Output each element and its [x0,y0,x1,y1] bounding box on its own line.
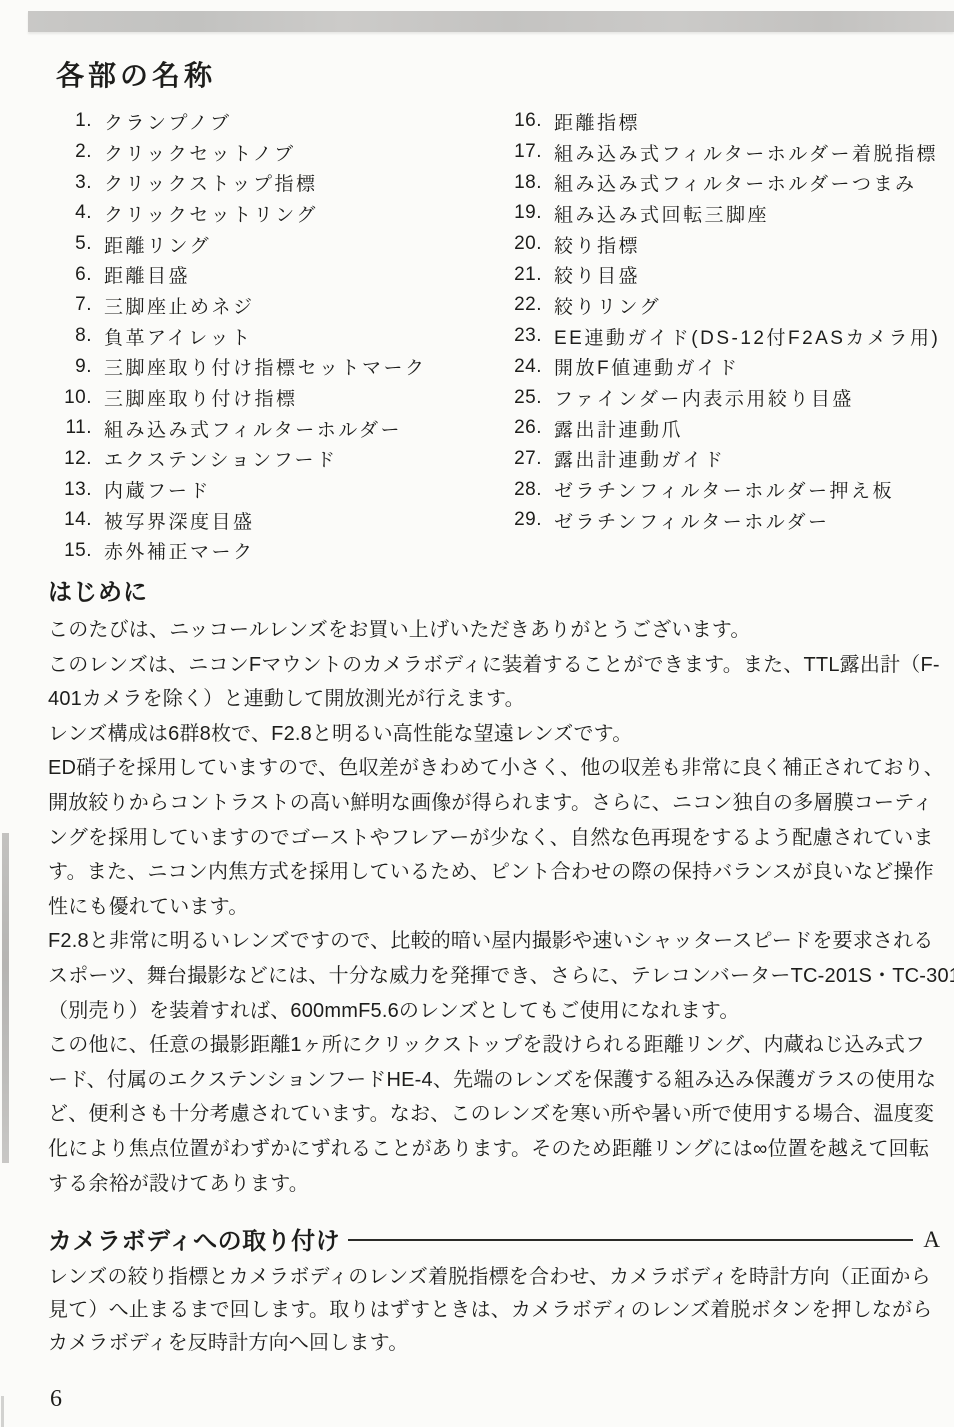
part-item-number: 2. [58,141,92,163]
part-item-number: 13. [58,479,92,501]
part-list-item: 11. 組み込み式フィルターホルダー [58,413,498,444]
part-item-label: クランプノブ [104,108,231,135]
part-list-item: 18. 組み込み式フィルターホルダーつまみ [508,167,948,198]
part-item-label: 開放F値連動ガイド [554,353,740,380]
part-list-item: 26. 露出計連動爪 [508,413,948,444]
body-text-line: この他に、任意の撮影距離1ヶ所にクリックストップを設けられる距離リング、内蔵ねじ… [48,1028,950,1063]
part-item-number: 26. [508,417,542,439]
body-text-line: このレンズは、ニコンFマウントのカメラボディに装着することができます。また、TT… [48,648,950,683]
part-item-label: 距離リング [104,231,211,258]
part-item-number: 9. [58,356,92,378]
part-item-number: 17. [508,141,542,163]
part-item-label: 組み込み式フィルターホルダー [104,415,402,442]
part-item-label: 三脚座止めネジ [104,292,255,319]
part-item-number: 7. [58,294,92,316]
part-item-number: 5. [58,233,92,255]
part-item-number: 19. [508,202,542,224]
part-list-item: 12. エクステンションフード [58,444,498,475]
body-text-line: カメラボディを反時計方向へ回します。 [48,1327,950,1360]
part-list-item: 21. 絞り目盛 [508,259,948,290]
page-number: 6 [50,1386,62,1413]
part-list-item: 7. 三脚座止めネジ [58,290,498,321]
intro-section-title: はじめに [48,572,148,607]
part-item-number: 10. [58,387,92,409]
part-list-item: 19. 組み込み式回転三脚座 [508,198,948,229]
part-item-number: 22. [508,294,542,316]
part-item-number: 29. [508,509,542,531]
part-item-number: 25. [508,387,542,409]
part-item-label: 三脚座取り付け指標 [104,384,298,411]
body-text-line: ングを採用していますのでゴーストやフレアーが少なく、自然な色再現をするよう配慮さ… [48,821,950,856]
part-item-number: 18. [508,172,542,194]
body-text-line: 性にも優れています。 [48,890,950,925]
part-list-item: 5. 距離リング [58,229,498,260]
part-item-label: ゼラチンフィルターホルダー [554,507,830,534]
part-item-number: 20. [508,233,542,255]
part-list-item: 20. 絞り指標 [508,229,948,260]
body-text-line: ード、付属のエクステンションフードHE-4、先端のレンズを保護する組み込み保護ガ… [48,1063,950,1098]
part-list-item: 29. ゼラチンフィルターホルダー [508,505,948,536]
body-text-line: レンズ構成は6群8枚で、F2.8と明るい高性能な望遠レンズです。 [48,717,950,752]
part-list-item: 9. 三脚座取り付け指標セットマーク [58,352,498,383]
body-text-line: ED硝子を採用していますので、色収差がきわめて小さく、他の収差も非常に良く補正さ… [48,751,950,786]
part-item-number: 21. [508,264,542,286]
part-item-number: 6. [58,264,92,286]
body-text-line: レンズの絞り指標とカメラボディのレンズ着脱指標を合わせ、カメラボディを時計方向（… [48,1261,950,1294]
part-list-item: 8. 負革アイレット [58,321,498,352]
part-list-item: 16. 距離指標 [508,106,948,137]
part-item-number: 3. [58,172,92,194]
part-item-label: 距離指標 [554,108,640,135]
body-text-line: （別売り）を装着すれば、600mmF5.6のレンズとしてもご使用になれます。 [48,994,950,1029]
part-item-label: 三脚座取り付け指標セットマーク [104,353,427,380]
part-list-item: 10. 三脚座取り付け指標 [58,382,498,413]
part-item-label: 内蔵フード [104,476,211,503]
part-list-item: 3. クリックストップ指標 [58,167,498,198]
part-list-item: 17. 組み込み式フィルターホルダー着脱指標 [508,137,948,168]
body-text-line: する余裕が設けてあります。 [48,1167,950,1202]
part-item-label: エクステンションフード [104,445,338,472]
part-item-number: 14. [58,509,92,531]
body-text-line: 開放絞りからコントラストの高い鮮明な画像が得られます。さらに、ニコン独自の多層膜… [48,786,950,821]
part-list-item: 28. ゼラチンフィルターホルダー押え板 [508,474,948,505]
body-text-line: 化により焦点位置がわずかにずれることがあります。そのため距離リングには∞位置を越… [48,1132,950,1167]
mount-section-heading: カメラボディへの取り付け A [48,1221,940,1256]
part-item-label: 露出計連動爪 [554,415,683,442]
body-text-line: 401カメラを除く）と連動して開放測光が行えます。 [48,682,950,717]
part-list-item: 6. 距離目盛 [58,259,498,290]
part-list-item: 14. 被写界深度目盛 [58,505,498,536]
part-item-label: ゼラチンフィルターホルダー押え板 [554,476,894,503]
part-item-label: クリックセットノブ [104,139,296,166]
part-item-label: 距離目盛 [104,261,190,288]
parts-section-title: 各部の名称 [56,54,216,94]
part-item-label: 組み込み式回転三脚座 [554,200,769,227]
parts-list-right-column: 16. 距離指標 17. 組み込み式フィルターホルダー着脱指標 18. 組み込み… [508,106,948,536]
body-text-line: このたびは、ニッコールレンズをお買い上げいただきありがとうございます。 [48,613,950,648]
part-item-number: 11. [58,417,92,439]
body-text-line: ど、便利さも十分考慮されています。なお、このレンズを寒い所や暑い所で使用する場合… [48,1097,950,1132]
scan-artifact-bottom-left-edge [1,1396,4,1427]
mount-section-title: カメラボディへの取り付け [48,1221,340,1256]
part-list-item: 4. クリックセットリング [58,198,498,229]
part-item-label: 被写界深度目盛 [104,507,255,534]
part-item-label: クリックストップ指標 [104,169,317,196]
part-item-number: 16. [508,110,542,132]
body-text-line: F2.8と非常に明るいレンズですので、比較的暗い屋内撮影や速いシャッタースピード… [48,924,950,959]
mount-section-body: レンズの絞り指標とカメラボディのレンズ着脱指標を合わせ、カメラボディを時計方向（… [48,1261,950,1360]
scan-artifact-left-bar [2,833,9,1163]
part-item-number: 4. [58,202,92,224]
part-item-number: 15. [58,540,92,562]
part-item-number: 1. [58,110,92,132]
parts-list-left-column: 1. クランプノブ 2. クリックセットノブ 3. クリックストップ指標 4. … [58,106,498,566]
part-list-item: 23. EE連動ガイド(DS-12付F2ASカメラ用) [508,321,948,352]
part-item-number: 28. [508,479,542,501]
part-list-item: 27. 露出計連動ガイド [508,444,948,475]
part-item-label: 絞り目盛 [554,261,640,288]
part-item-label: 露出計連動ガイド [554,445,725,472]
part-item-number: 24. [508,356,542,378]
body-text-line: 見て）へ止まるまで回します。取りはずすときは、カメラボディのレンズ着脱ボタンを押… [48,1294,950,1327]
part-item-label: 絞り指標 [554,231,640,258]
part-item-number: 8. [58,325,92,347]
part-list-item: 15. 赤外補正マーク [58,536,498,567]
body-text-line: スポーツ、舞台撮影などには、十分な威力を発揮でき、さらに、テレコンバーターTC-… [48,959,950,994]
part-list-item: 25. ファインダー内表示用絞り目盛 [508,382,948,413]
part-item-label: 負革アイレット [104,323,253,350]
part-item-label: ファインダー内表示用絞り目盛 [554,384,854,411]
part-list-item: 1. クランプノブ [58,106,498,137]
scan-artifact-top-bar [28,11,954,32]
part-list-item: 13. 内蔵フード [58,474,498,505]
part-item-number: 12. [58,448,92,470]
part-item-label: EE連動ガイド(DS-12付F2ASカメラ用) [554,323,940,350]
part-item-number: 27. [508,448,542,470]
part-item-label: 絞りリング [554,292,661,319]
heading-rule-line [348,1239,913,1241]
part-item-number: 23. [508,325,542,347]
part-list-item: 22. 絞りリング [508,290,948,321]
section-marker-letter: A [923,1226,940,1251]
intro-section-body: このたびは、ニッコールレンズをお買い上げいただきありがとうございます。 このレン… [48,613,950,1201]
part-item-label: 赤外補正マーク [104,537,255,564]
part-list-item: 24. 開放F値連動ガイド [508,352,948,383]
body-text-line: す。また、ニコン内焦方式を採用しているため、ピント合わせの際の保持バランスが良い… [48,855,950,890]
part-item-label: 組み込み式フィルターホルダー着脱指標 [554,139,938,166]
part-list-item: 2. クリックセットノブ [58,137,498,168]
manual-page: 各部の名称 1. クランプノブ 2. クリックセットノブ 3. クリックストップ… [0,0,954,1427]
part-item-label: クリックセットリング [104,200,318,227]
part-item-label: 組み込み式フィルターホルダーつまみ [554,169,916,196]
